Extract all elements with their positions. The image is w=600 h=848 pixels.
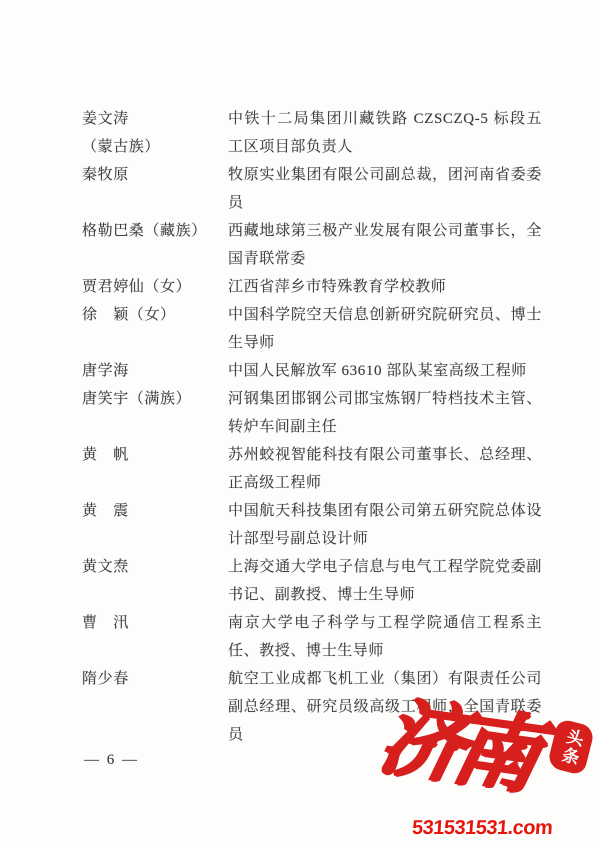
person-title: 上海交通大学电子信息与电气工程学院党委副书记、副教授、博士生导师 (228, 553, 542, 609)
roster-entry: 姜文涛 （蒙古族） 中铁十二局集团川藏铁路 CZSCZQ-5 标段五工区项目部负… (82, 105, 542, 161)
roster-entry: 格勒巴桑（藏族） 西藏地球第三极产业发展有限公司董事长，全国青联常委 (82, 217, 542, 273)
watermark-seal-text: 头条 (554, 726, 587, 769)
person-title: 中国人民解放军 63610 部队某室高级工程师 (228, 357, 542, 385)
watermark-seal-stamp-icon: 头条 (547, 718, 596, 776)
person-name-line1: 格勒巴桑（藏族） (82, 217, 228, 245)
person-title: 中铁十二局集团川藏铁路 CZSCZQ-5 标段五工区项目部负责人 (228, 105, 542, 161)
person-name: 唐学海 (82, 357, 228, 385)
roster-list: 姜文涛 （蒙古族） 中铁十二局集团川藏铁路 CZSCZQ-5 标段五工区项目部负… (82, 105, 542, 749)
person-name: 格勒巴桑（藏族） (82, 217, 228, 245)
person-title: 牧原实业集团有限公司副总裁，团河南省委委员 (228, 161, 542, 217)
person-name: 黄 帆 (82, 441, 228, 469)
person-name: 隋少春 (82, 665, 228, 693)
watermark-url: 531531531.com (411, 817, 553, 840)
person-name-line2: （蒙古族） (82, 133, 228, 161)
person-name: 秦牧原 (82, 161, 228, 189)
person-name-line1: 姜文涛 (82, 105, 228, 133)
roster-entry: 黄文焘 上海交通大学电子信息与电气工程学院党委副书记、副教授、博士生导师 (82, 553, 542, 609)
roster-entry: 秦牧原 牧原实业集团有限公司副总裁，团河南省委委员 (82, 161, 542, 217)
person-title: 南京大学电子科学与工程学院通信工程系主任、教授、博士生导师 (228, 609, 542, 665)
person-name-line1: 唐笑宇（满族） (82, 385, 228, 413)
person-title: 江西省萍乡市特殊教育学校教师 (228, 273, 542, 301)
person-name-line1: 隋少春 (82, 665, 228, 693)
person-name-line1: 曹 汛 (82, 609, 228, 637)
roster-entry: 徐 颖（女） 中国科学院空天信息创新研究院研究员、博士生导师 (82, 301, 542, 357)
person-name: 黄文焘 (82, 553, 228, 581)
person-name: 贾君婷仙（女） (82, 273, 228, 301)
person-name-line1: 黄 帆 (82, 441, 228, 469)
roster-entry: 贾君婷仙（女） 江西省萍乡市特殊教育学校教师 (82, 273, 542, 301)
person-title: 中国航天科技集团有限公司第五研究院总体设计部型号副总设计师 (228, 497, 542, 553)
person-name: 黄 震 (82, 497, 228, 525)
roster-entry: 唐学海 中国人民解放军 63610 部队某室高级工程师 (82, 357, 542, 385)
person-title: 河钢集团邯钢公司邯宝炼钢厂特档技术主管、转炉车间副主任 (228, 385, 542, 441)
person-title: 中国科学院空天信息创新研究院研究员、博士生导师 (228, 301, 542, 357)
person-name-line1: 徐 颖（女） (82, 301, 228, 329)
watermark-logo-text: 济南 (372, 696, 536, 799)
person-title: 苏州蛟视智能科技有限公司董事长、总经理、正高级工程师 (228, 441, 542, 497)
roster-entry: 唐笑宇（满族） 河钢集团邯钢公司邯宝炼钢厂特档技术主管、转炉车间副主任 (82, 385, 542, 441)
person-name-line1: 秦牧原 (82, 161, 228, 189)
roster-entry: 黄 震 中国航天科技集团有限公司第五研究院总体设计部型号副总设计师 (82, 497, 542, 553)
person-name: 唐笑宇（满族） (82, 385, 228, 413)
person-name-line1: 贾君婷仙（女） (82, 273, 228, 301)
person-name-line1: 唐学海 (82, 357, 228, 385)
person-name: 姜文涛 （蒙古族） (82, 105, 228, 161)
roster-entry: 曹 汛 南京大学电子科学与工程学院通信工程系主任、教授、博士生导师 (82, 609, 542, 665)
document-page: 姜文涛 （蒙古族） 中铁十二局集团川藏铁路 CZSCZQ-5 标段五工区项目部负… (0, 0, 600, 848)
person-name-line1: 黄 震 (82, 497, 228, 525)
person-name: 徐 颖（女） (82, 301, 228, 329)
person-name-line1: 黄文焘 (82, 553, 228, 581)
person-name: 曹 汛 (82, 609, 228, 637)
page-number: — 6 — (84, 752, 139, 769)
roster-entry: 黄 帆 苏州蛟视智能科技有限公司董事长、总经理、正高级工程师 (82, 441, 542, 497)
person-title: 西藏地球第三极产业发展有限公司董事长，全国青联常委 (228, 217, 542, 273)
